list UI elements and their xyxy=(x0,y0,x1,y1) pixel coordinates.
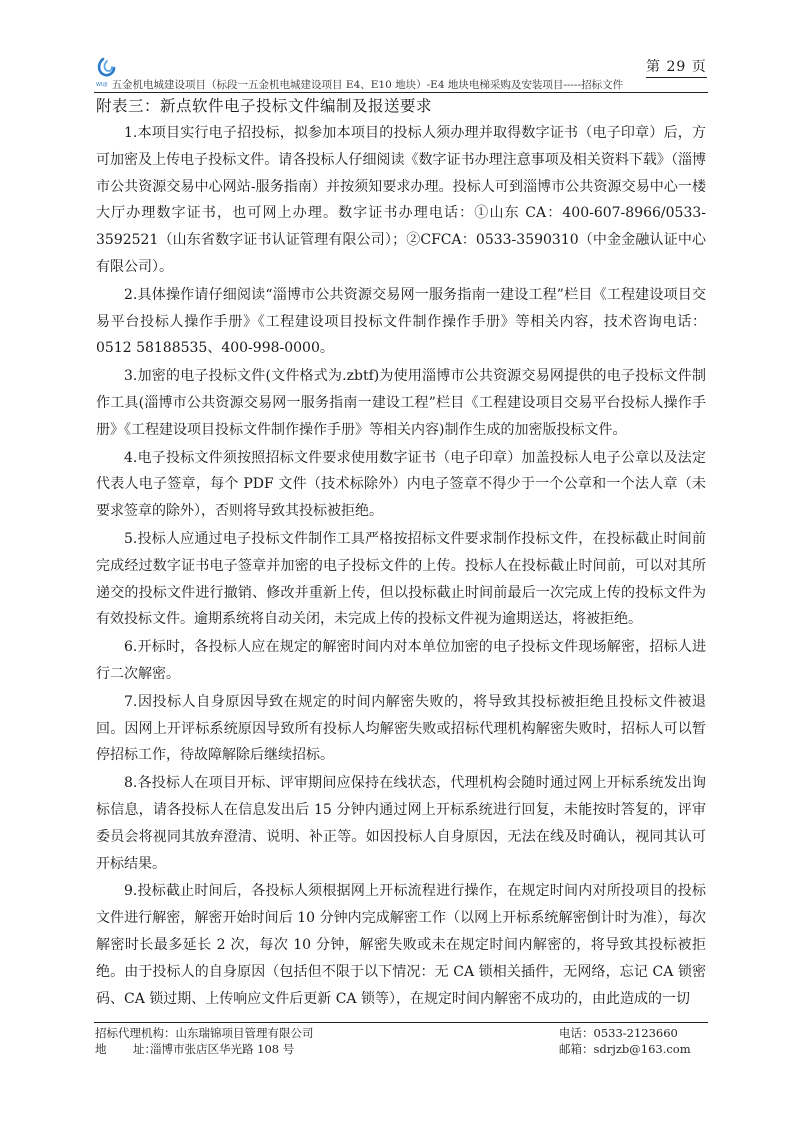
paragraph-7: 7.因投标人自身原因导致在规定的时间内解密失败的，将导致其投标被拒绝且投标文件被… xyxy=(96,689,706,769)
paragraph-3: 3.加密的电子投标文件(文件格式为.zbtf)为使用淄博市公共资源交易网提供的电… xyxy=(96,363,706,443)
email-info: 邮箱：sdrjzb@163.com xyxy=(559,1041,709,1057)
page-number: 第 29 页 xyxy=(646,56,707,78)
paragraph-2: 2.具体操作请仔细阅读“淄博市公共资源交易网一服务指南一建设工程”栏目《工程建设… xyxy=(96,282,706,362)
document-body: 1.本项目实行电子招投标，拟参加本项目的投标人须办理并取得数字证书（电子印章）后… xyxy=(96,120,706,1012)
agency-label: 招标代理机构： xyxy=(95,1026,176,1040)
footer-row-1: 招标代理机构：山东瑞锦项目管理有限公司 电话：0533-2123660 xyxy=(95,1025,709,1041)
paragraph-6: 6.开标时，各投标人应在规定的解密时间内对本单位加密的电子投标文件现场解密，招标… xyxy=(96,634,706,688)
paragraph-9: 9.投标截止时间后，各投标人须根据网上开标流程进行操作，在规定时间内对所投项目的… xyxy=(96,878,706,1012)
paragraph-4: 4.电子投标文件须按照招标文件要求使用数字证书（电子印章）加盖投标人电子公章以及… xyxy=(96,445,706,525)
address-info: 地址：淄博市张店区华光路 108 号 xyxy=(95,1041,515,1057)
paragraph-1: 1.本项目实行电子招投标，拟参加本项目的投标人须办理并取得数字证书（电子印章）后… xyxy=(96,120,706,281)
page-footer: 招标代理机构：山东瑞锦项目管理有限公司 电话：0533-2123660 地址：淄… xyxy=(95,1025,709,1057)
phone-label: 电话： xyxy=(559,1026,594,1040)
section-title: 附表三：新点软件电子投标文件编制及报送要求 xyxy=(96,94,432,116)
email-label: 邮箱： xyxy=(559,1042,594,1056)
address-value: 淄博市张店区华光路 108 号 xyxy=(150,1042,294,1056)
footer-divider xyxy=(94,1022,708,1023)
agency-value: 山东瑞锦项目管理有限公司 xyxy=(176,1026,314,1040)
agency-info: 招标代理机构：山东瑞锦项目管理有限公司 xyxy=(95,1025,515,1041)
logo-text: WUJI xyxy=(96,82,108,88)
phone-info: 电话：0533-2123660 xyxy=(559,1025,709,1041)
address-label: 地址： xyxy=(95,1041,150,1057)
document-running-title: WUJI五金机电城建设项目（标段一五金机电城建设项目 E4、E10 地块）-E4… xyxy=(96,77,623,92)
phone-value: 0533-2123660 xyxy=(594,1026,678,1040)
email-value: sdrjzb@163.com xyxy=(594,1042,691,1056)
paragraph-8: 8.各投标人在项目开标、评审期间应保持在线状态，代理机构会随时通过网上开标系统发… xyxy=(96,770,706,877)
header-divider xyxy=(94,92,708,93)
paragraph-5: 5.投标人应通过电子投标文件制作工具严格按招标文件要求制作投标文件，在投标截止时… xyxy=(96,526,706,633)
address-label-part-1: 地 xyxy=(95,1041,133,1057)
doc-title: 五金机电城建设项目（标段一五金机电城建设项目 E4、E10 地块）-E4 地块电… xyxy=(112,79,624,91)
footer-row-2: 地址：淄博市张店区华光路 108 号 邮箱：sdrjzb@163.com xyxy=(95,1041,709,1057)
